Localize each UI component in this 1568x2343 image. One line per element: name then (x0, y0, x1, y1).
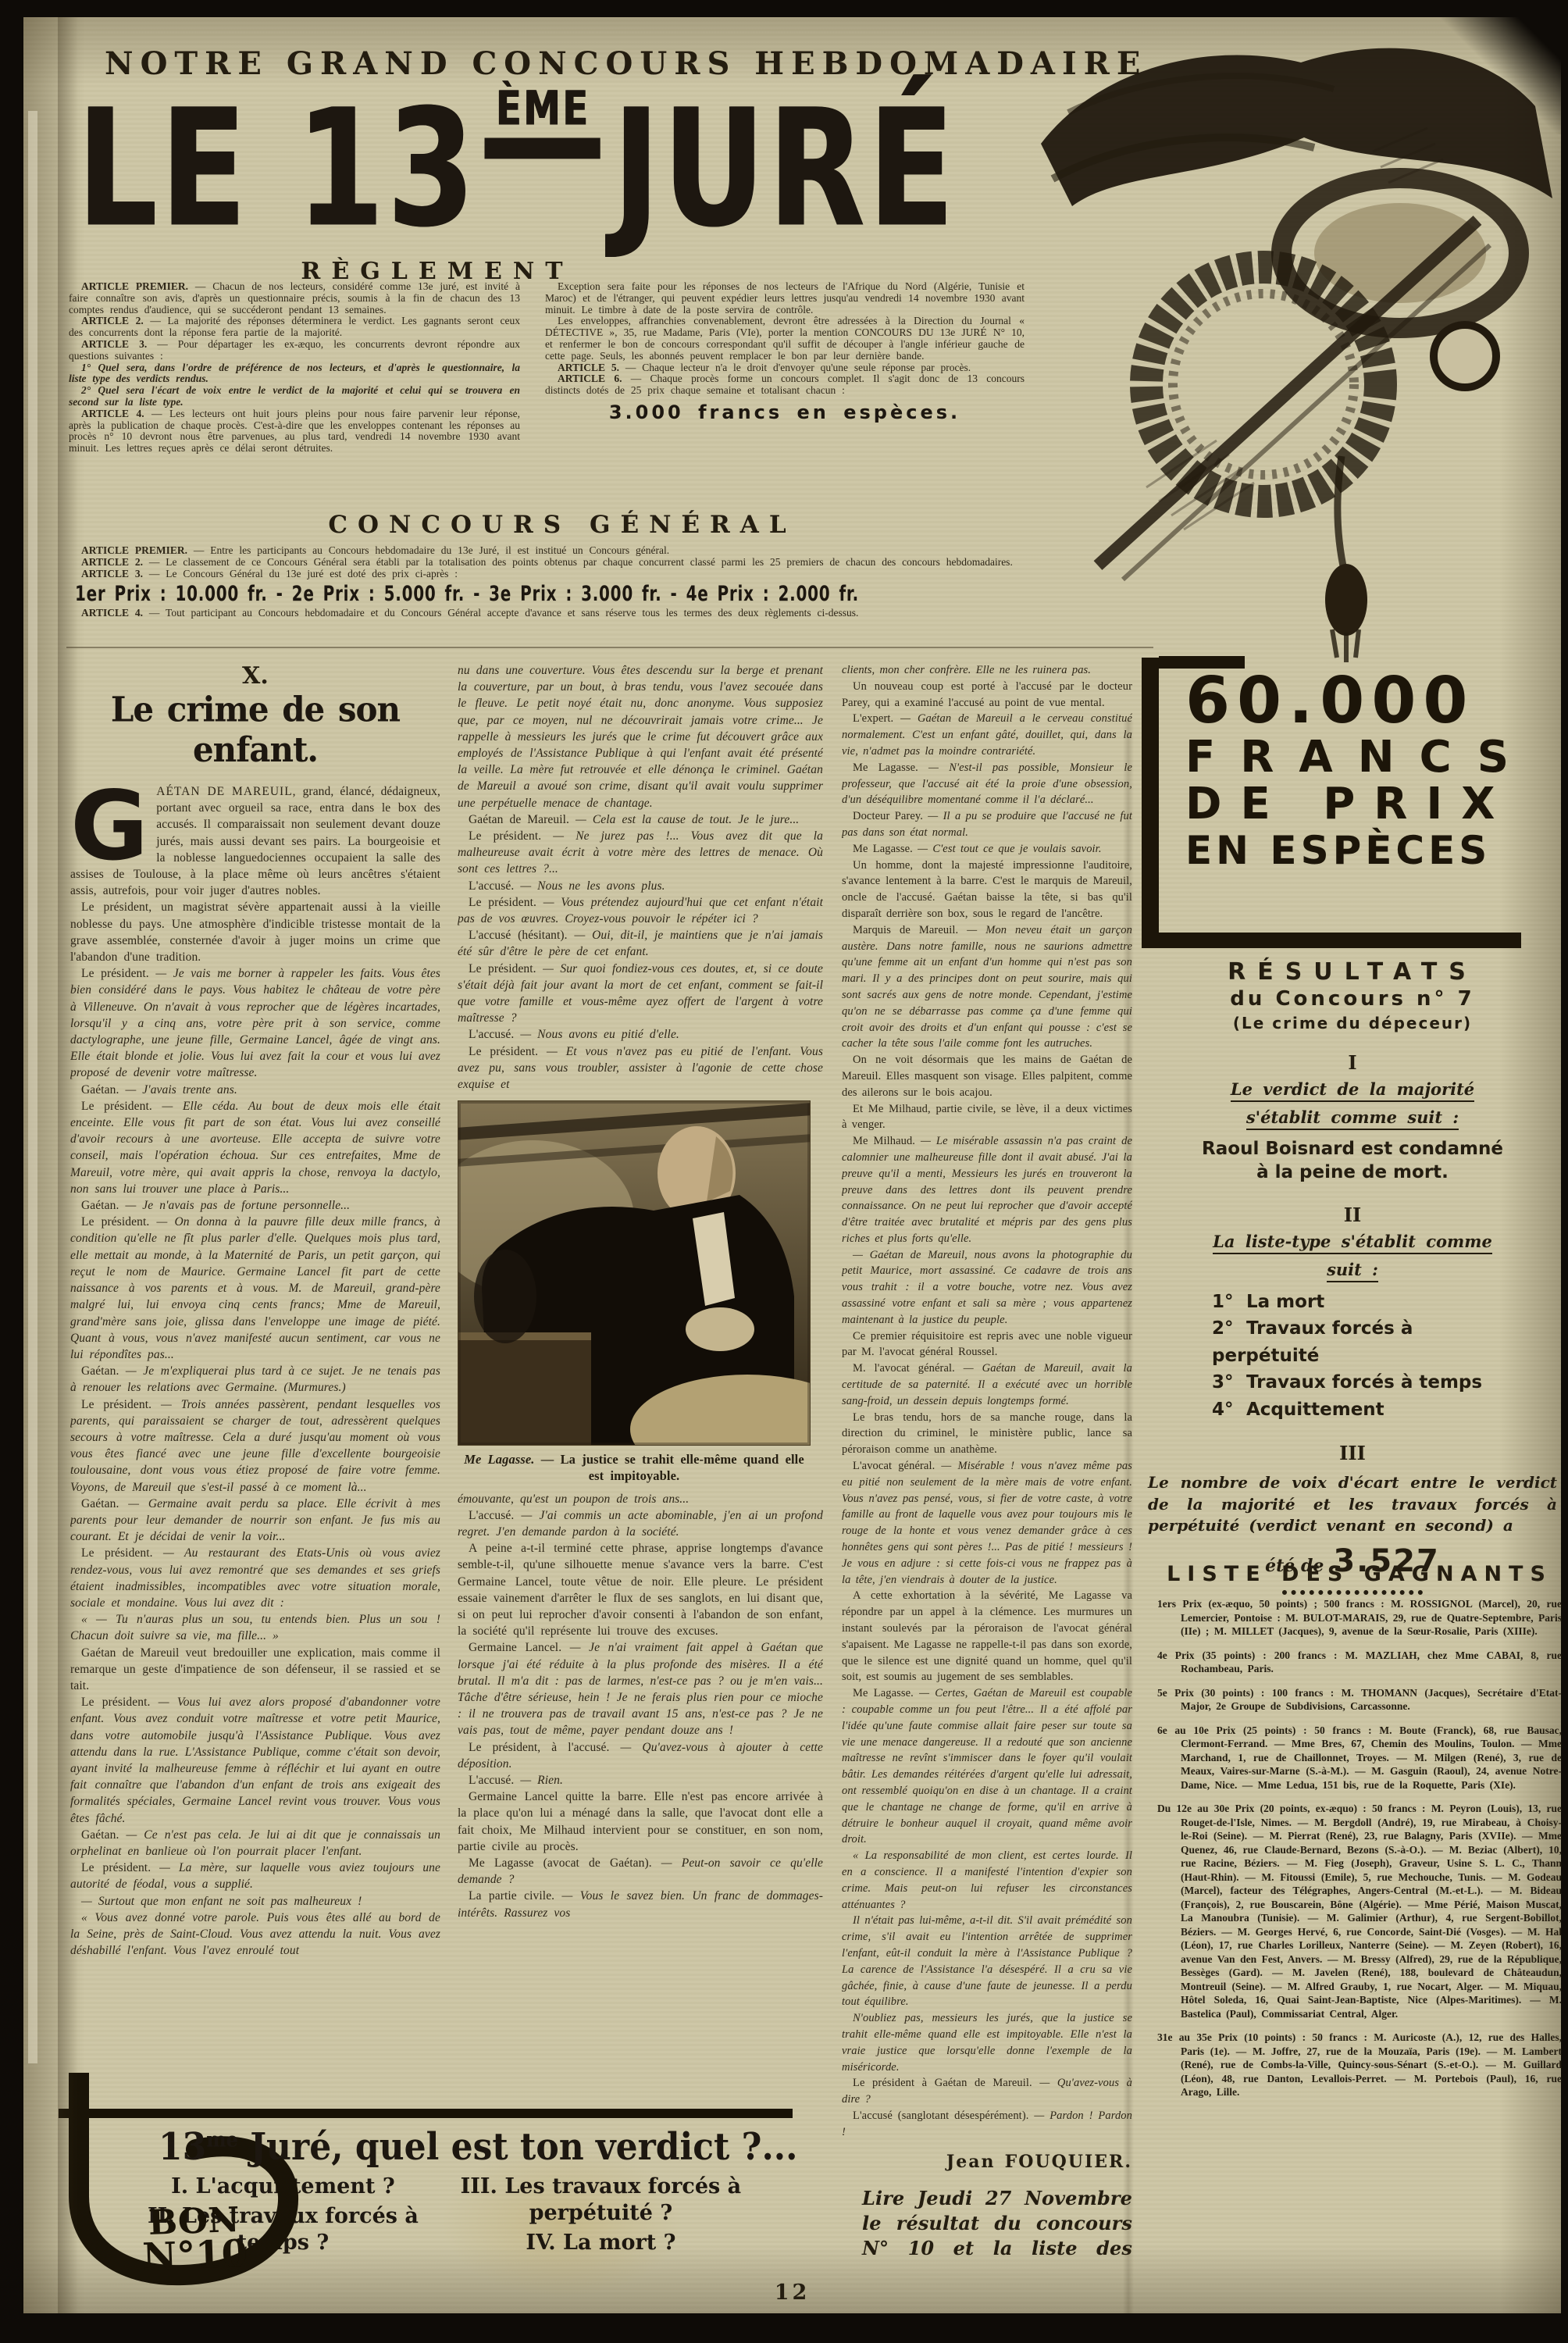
article-paragraph: L'accusé. — J'ai commis un acte abominab… (458, 1507, 823, 1540)
article-paragraph: M. l'avocat général. — Gaétan de Mareuil… (842, 1361, 1132, 1409)
article-title: Le crime de son enfant. (70, 690, 440, 770)
banner-lines: 60.000 FRANCS DE PRIX EN ESPÈCES (1159, 658, 1568, 873)
article-paragraph: Marquis de Mareuil. — Mon neveu était un… (842, 922, 1132, 1052)
banner-francs: FRANCS (1185, 734, 1568, 781)
reglement-paragraph: 1° Quel sera, dans l'ordre de préférence… (69, 362, 520, 386)
liste-intro-line-1: La liste-type s'établit comme (1213, 1232, 1492, 1254)
verdict-rank-item: 4°Acquittement (1212, 1396, 1493, 1424)
article-column-1: X. Le crime de son enfant. GAÉTAN DE MAR… (70, 662, 440, 2109)
paper-sheet: NOTRE GRAND CONCOURS HEBDOMADAIRE LE 13È… (23, 17, 1561, 2313)
article-paragraph: Le président. — Trois années passèrent, … (70, 1396, 440, 1496)
article-paragraph: Le président, à l'accusé. — Qu'avez-vous… (458, 1739, 823, 1772)
coupon-title: 13me Juré, quel est ton verdict ?... (159, 2126, 793, 2169)
article-paragraph: « — Tu n'auras plus un sou, tu entends b… (70, 1611, 440, 1644)
concours-paragraph: ARTICLE PREMIER. — Entre les participant… (69, 545, 1154, 557)
verdict-rank-item: 3°Travaux forcés à temps (1212, 1369, 1493, 1396)
article-byline: Jean FOUQUIER. (842, 2152, 1132, 2172)
article-paragraph: L'accusé (sanglotant désespérément). — P… (842, 2108, 1132, 2141)
article-paragraph: — Gaétan de Mareuil, nous avons la photo… (842, 1247, 1132, 1328)
article-paragraph: Gaétan. — J'avais trente ans. (70, 1082, 440, 1098)
article-paragraph: Un homme, dont la majesté impressionne l… (842, 858, 1132, 922)
article-paragraph: Me Lagasse (avocat de Gaétan). — Peut-on… (458, 1855, 823, 1888)
banner-bottom-bar (1159, 933, 1521, 948)
results-case-name: (Le crime du dépeceur) (1135, 1014, 1568, 1032)
article-paragraph: Gaétan. — Je m'expliquerai plus tard à c… (70, 1363, 440, 1396)
reglement-column-1: ARTICLE PREMIER. — Chacun de nos lecteur… (69, 281, 520, 533)
next-results-notice: Lire Jeudi 27 Novembre le résultat du co… (842, 2186, 1132, 2260)
article-paragraph: Gaétan. — Germaine avait perdu sa place.… (70, 1496, 440, 1546)
results-subheading: du Concours n° 7 (1135, 987, 1568, 1011)
concours-paragraph: ARTICLE 3. — Le Concours Général du 13e … (69, 569, 1154, 580)
article-paragraph: Le président. — Sur quoi fondiez-vous ce… (458, 961, 823, 1027)
article-paragraph: émouvante, qu'est un poupon de trois ans… (458, 1491, 823, 1507)
winner-entry: 1ers Prix (ex-æquo, 50 points) ; 500 fra… (1157, 1597, 1562, 1639)
article-paragraph: N'oubliez pas, messieurs les jurés, que … (842, 2010, 1132, 2075)
reglement-paragraph: Exception sera faite pour les réponses d… (545, 281, 1025, 316)
article-paragraph: Un nouveau coup est porté à l'accusé par… (842, 679, 1132, 711)
article-paragraph: Gaétan. — Je n'avais pas de fortune pers… (70, 1197, 440, 1214)
coupon-title-sup: me (206, 2127, 238, 2151)
article-paragraph: L'expert. — Gaétan de Mareuil a le cerve… (842, 711, 1132, 759)
article-paragraph: Il n'était pas lui-même, a-t-il dit. S'i… (842, 1913, 1132, 2010)
reglement-column-2: Exception sera faite pour les réponses d… (545, 281, 1025, 533)
banner-top-bar (1159, 656, 1245, 669)
winner-entry: 5e Prix (30 points) : 100 francs : M. TH… (1157, 1686, 1562, 1714)
title-jure: JURÉ (612, 75, 957, 264)
concours-general-block: ARTICLE PREMIER. — Entre les participant… (69, 545, 1154, 645)
photo-caption-speaker: Me Lagasse. (464, 1452, 534, 1467)
article-paragraph: Me Lagasse. — N'est-il pas possible, Mon… (842, 760, 1132, 808)
main-title: LE 13ÈMEJURÉ (77, 75, 957, 264)
concours-paragraph: ARTICLE 2. — Le classement de ce Concour… (69, 557, 1154, 569)
winners-heading: LISTE DES GAGNANTS (1157, 1562, 1562, 1586)
article-paragraph: L'accusé (hésitant). — Oui, dit-il, je m… (458, 927, 823, 960)
article-paragraph: Me Lagasse. — C'est tout ce que je voula… (842, 841, 1132, 858)
reglement-paragraph: ARTICLE 5. — Chaque lecteur n'a le droit… (545, 362, 1025, 374)
article-paragraph: Le président. — Et vous n'avez pas eu pi… (458, 1043, 823, 1093)
article-chapter: X. (70, 662, 440, 690)
section-divider-rule (66, 647, 1153, 648)
article-paragraph: L'accusé. — Nous avons eu pitié d'elle. (458, 1026, 823, 1043)
article-paragraph: A peine a-t-il terminé cette phrase, app… (458, 1540, 823, 1639)
coupon-option: III. Les travaux forcés à perpétuité ? (440, 2174, 761, 2227)
results-section-2: II (1135, 1204, 1568, 1226)
article-column-3: clients, mon cher confrère. Elle ne les … (842, 662, 1132, 2260)
article-paragraph: Gaétan de Mareuil. — Cela est la cause d… (458, 811, 823, 828)
article-paragraph: Le président. — La mère, sur laquelle vo… (70, 1860, 440, 1892)
newspaper-page: NOTRE GRAND CONCOURS HEBDOMADAIRE LE 13È… (0, 0, 1568, 2343)
article-paragraph: L'avocat général. — Misérable ! vous n'a… (842, 1458, 1132, 1588)
photo-caption-text: — La justice se trahit elle-même quand e… (535, 1452, 804, 1483)
article-paragraph: Le président. — Vous prétendez aujourd'h… (458, 894, 823, 927)
coupon-options-right: III. Les travaux forcés à perpétuité ?IV… (440, 2174, 793, 2259)
majority-verdict: Raoul Boisnard est condamné à la peine d… (1135, 1138, 1568, 1185)
title-eme-block: ÈME (485, 84, 600, 159)
verdict-rank-item: 2°Travaux forcés à perpétuité (1212, 1315, 1493, 1369)
article-paragraph: Le président. — Ne jurez pas !... Vous a… (458, 828, 823, 878)
scan-corner-shadow (1413, 17, 1561, 134)
reglement-paragraph: ARTICLE 3. — Pour départager les ex-æquo… (69, 339, 520, 362)
winner-entry: 31e au 35e Prix (10 points) : 50 francs … (1157, 2031, 1562, 2099)
courtroom-photo (458, 1100, 811, 1446)
article-paragraph: L'accusé. — Nous ne les avons plus. (458, 878, 823, 894)
article-paragraph: Germaine Lancel. — Je n'ai vraiment fait… (458, 1639, 823, 1739)
article-paragraph: Germaine Lancel quitte la barre. Elle n'… (458, 1788, 823, 1855)
article-paragraph: A cette exhortation à la sévérité, Me La… (842, 1588, 1132, 1685)
weekly-prize-line: 3.000 francs en espèces. (545, 401, 1025, 423)
title-eme: ÈME (495, 84, 590, 132)
verdict-rank-item: 1°La mort (1212, 1289, 1493, 1316)
article-paragraph: L'accusé. — Rien. (458, 1772, 823, 1788)
article-paragraph: « La responsabilité de mon client, est c… (842, 1848, 1132, 1913)
results-heading: RÉSULTATS (1135, 958, 1568, 986)
reglement-paragraph: Les enveloppes, affranchies convenableme… (545, 316, 1025, 362)
article-paragraph: Docteur Parey. — Il a pu se produire que… (842, 808, 1132, 841)
general-prizes-line: 1er Prix : 10.000 fr. - 2e Prix : 5.000 … (75, 582, 874, 606)
reglement-paragraph: ARTICLE 6. — Chaque procès forme un conc… (545, 373, 1025, 397)
torn-edge-highlight (28, 111, 37, 2063)
article-paragraph: « Vous avez donné votre parole. Puis vou… (70, 1910, 440, 1960)
left-fold-crease (58, 17, 78, 2313)
prize-banner: 60.000 FRANCS DE PRIX EN ESPÈCES (1142, 658, 1568, 948)
article-paragraph: Gaétan. — Ce n'est pas cela. Je lui ai d… (70, 1827, 440, 1860)
page-number: 12 (23, 2281, 1561, 2305)
winner-entry: 6e au 10e Prix (25 points) : 50 francs :… (1157, 1724, 1562, 1792)
results-section-1: I (1135, 1051, 1568, 1074)
title-13: 13 (296, 75, 477, 264)
courtroom-photo-figure: Me Lagasse. — La justice se trahit elle-… (458, 1100, 811, 1484)
results-section: RÉSULTATS du Concours n° 7 (Le crime du … (1135, 958, 1568, 1595)
article-column-2: nu dans une couverture. Vous êtes descen… (458, 662, 823, 2106)
reglement-paragraph: 2° Quel sera l'écart de voix entre le ve… (69, 385, 520, 408)
article-paragraph: Le bras tendu, hors de sa manche rouge, … (842, 1410, 1132, 1458)
verdict-rank-list: 1°La mort2°Travaux forcés à perpétuité3°… (1212, 1289, 1493, 1424)
title-underline-bar (485, 138, 600, 159)
article-paragraph: Gaétan de Mareuil veut bredouiller une e… (70, 1645, 440, 1695)
liste-intro-line-2: suit : (1327, 1260, 1378, 1282)
title-le: LE (77, 75, 249, 264)
article-paragraph: La partie civile. — Vous le savez bien. … (458, 1888, 823, 1920)
right-fold-crease (1123, 720, 1134, 2313)
article-paragraph: nu dans une couverture. Vous êtes descen… (458, 662, 823, 811)
article-paragraph: Le président. — On donna à la pauvre fil… (70, 1214, 440, 1363)
winner-entry: Du 12e au 30e Prix (20 points, ex-æquo) … (1157, 1802, 1562, 2020)
coupon-bon-number: N°10 (101, 2235, 289, 2277)
article-paragraph: — Surtout que mon enfant ne soit pas mal… (70, 1893, 440, 1910)
verdict-intro-line-2: s'établit comme suit : (1246, 1107, 1459, 1130)
article-paragraph: On ne voit désormais que les mains de Ga… (842, 1052, 1132, 1100)
article-paragraph: Le président, un magistrat sévère appart… (70, 899, 440, 965)
coupon-bon-stamp: BON N°10 (100, 2202, 290, 2277)
reglement-paragraph: ARTICLE 2. — La majorité des réponses dé… (69, 316, 520, 339)
article-paragraph: Le président à Gaétan de Mareuil. — Qu'a… (842, 2075, 1132, 2108)
coupon-option: IV. La mort ? (440, 2230, 761, 2256)
article-paragraph: Me Lagasse. — Certes, Gaétan de Mareuil … (842, 1685, 1132, 1848)
article-paragraph: Le président. — Je vais me borner à rapp… (70, 965, 440, 1081)
concours-general-heading: CONCOURS GÉNÉRAL (152, 511, 972, 539)
verdict-intro-line-1: Le verdict de la majorité (1231, 1079, 1474, 1102)
article-paragraph: Le président. — Elle céda. Au bout de de… (70, 1098, 440, 1197)
reglement-paragraph: ARTICLE PREMIER. — Chacun de nos lecteur… (69, 281, 520, 316)
reglement-paragraph: ARTICLE 4. — Les lecteurs ont huit jours… (69, 408, 520, 455)
banner-amount: 60.000 (1185, 669, 1568, 734)
banner-de-prix: DE PRIX (1185, 781, 1568, 828)
banner-en-especes: EN ESPÈCES (1185, 829, 1568, 873)
article-paragraph: Et Me Milhaud, partie civile, se lève, i… (842, 1101, 1132, 1134)
winners-section: LISTE DES GAGNANTS 1ers Prix (ex-æquo, 5… (1157, 1562, 1562, 2109)
winners-list: 1ers Prix (ex-æquo, 50 points) ; 500 fra… (1157, 1597, 1562, 2099)
article-paragraph: Ce premier réquisitoire est repris avec … (842, 1328, 1132, 1361)
concours-paragraph: ARTICLE 4. — Tout participant au Concour… (69, 608, 1154, 619)
winner-entry: 4e Prix (35 points) : 200 francs : M. MA… (1157, 1649, 1562, 1676)
results-section-3: III (1135, 1442, 1568, 1464)
photo-caption: Me Lagasse. — La justice se trahit elle-… (458, 1452, 811, 1484)
article-paragraph: Me Milhaud. — Le misérable assassin n'a … (842, 1133, 1132, 1247)
article-paragraph: Le président. — Au restaurant des Etats-… (70, 1545, 440, 1611)
article-paragraph: GAÉTAN DE MAREUIL, grand, élancé, dédaig… (70, 783, 440, 899)
article-paragraph: Le président. — Vous lui avez alors prop… (70, 1694, 440, 1827)
vote-gap-text: Le nombre de voix d'écart entre le verdi… (1135, 1472, 1568, 1537)
